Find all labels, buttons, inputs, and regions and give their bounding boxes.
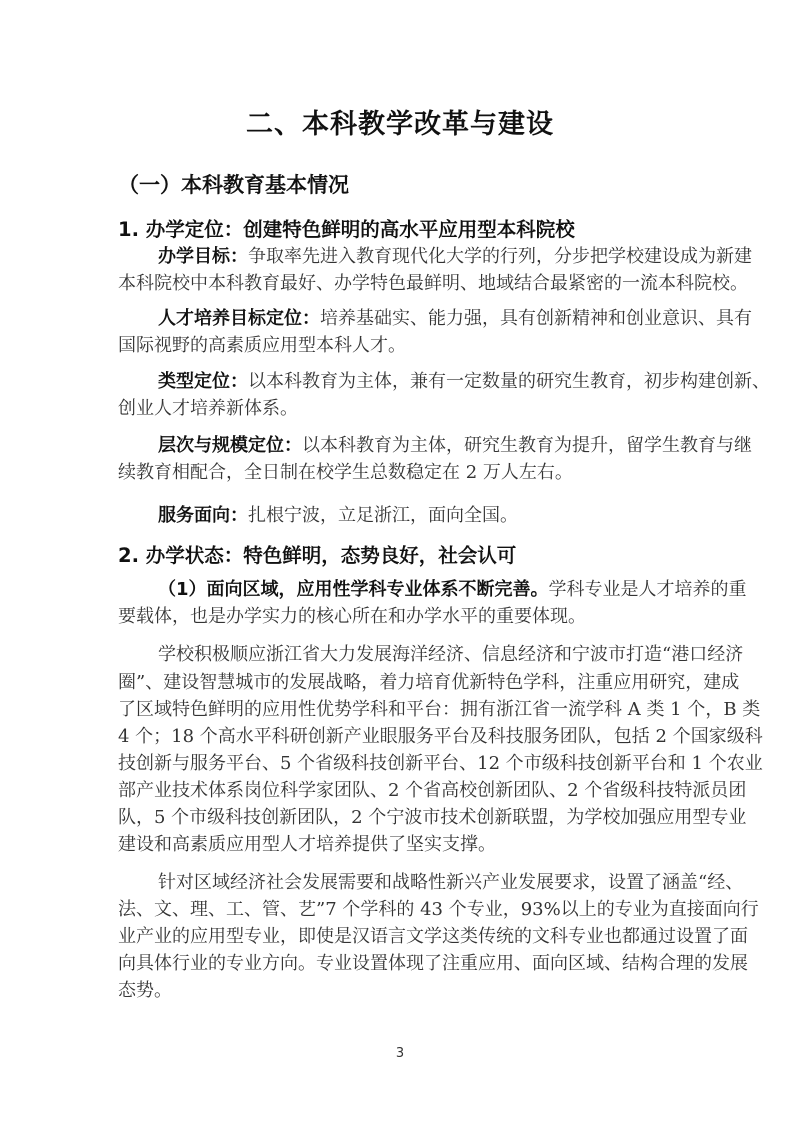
paragraph-line: 态势。 bbox=[118, 979, 684, 1003]
paragraph-lead: 办学目标： bbox=[158, 246, 248, 267]
paragraph-lead: 服务面向： bbox=[158, 505, 248, 526]
paragraph-line: 要载体，也是办学实力的核心所在和办学水平的重要体现。 bbox=[118, 605, 684, 629]
paragraph-line: 本科院校中本科教育最好、办学特色最鲜明、地域结合最紧密的一流本科院校。 bbox=[118, 272, 684, 296]
paragraph-line: 类型定位：以本科教育为主体，兼有一定数量的研究生教育，初步构建创新、 bbox=[158, 370, 684, 394]
paragraph-line: 国际视野的高素质应用型本科人才。 bbox=[118, 334, 684, 358]
paragraph-line: 建设和高素质应用型人才培养提供了坚实支撑。 bbox=[118, 833, 684, 857]
paragraph-lead: 人才培养目标定位： bbox=[158, 308, 320, 329]
paragraph-line: 法、文、理、工、管、艺”7 个学科的 43 个专业，93%以上的专业为直接面向行 bbox=[118, 898, 684, 922]
paragraph-line: 圈”、建设智慧城市的发展战略，着力培育优新特色学科，注重应用研究，建成 bbox=[118, 671, 684, 695]
paragraph-line: 4 个；18 个高水平科研创新产业眼服务平台及科技服务团队，包括 2 个国家级科 bbox=[118, 725, 684, 749]
section-heading: （一）本科教育基本情况 bbox=[118, 169, 349, 199]
paragraph-line: 层次与规模定位：以本科教育为主体，研究生教育为提升，留学生教育与继 bbox=[158, 434, 684, 458]
paragraph-line: 办学目标：争取率先进入教育现代化大学的行列，分步把学校建设成为新建 bbox=[158, 245, 684, 269]
page-number: 3 bbox=[0, 1046, 800, 1061]
paragraph-line: 学校积极顺应浙江省大力发展海洋经济、信息经济和宁波市打造“港口经济 bbox=[158, 643, 684, 667]
paragraph-line: 向具体行业的专业方向。专业设置体现了注重应用、面向区域、结构合理的发展 bbox=[118, 952, 684, 976]
paragraph-line: 续教育相配合，全日制在校学生总数稳定在 2 万人左右。 bbox=[118, 461, 684, 485]
paragraph-line: 创业人才培养新体系。 bbox=[118, 397, 684, 421]
paragraph-line: 技创新与服务平台、5 个省级科技创新平台、12 个市级科技创新平台和 1 个农业 bbox=[118, 752, 684, 776]
paragraph-line: 部产业技术体系岗位科学家团队、2 个省高校创新团队、2 个省级科技特派员团 bbox=[118, 779, 684, 803]
paragraph-line: 了区域特色鲜明的应用性优势学科和平台：拥有浙江省一流学科 A 类 1 个，B 类 bbox=[118, 698, 684, 722]
subsection-heading-2: 2. 办学状态：特色鲜明，态势良好，社会认可 bbox=[118, 540, 516, 568]
paragraph-line: 人才培养目标定位：培养基础实、能力强，具有创新精神和创业意识、具有 bbox=[158, 307, 684, 331]
document-page: 二、本科教学改革与建设 （一）本科教育基本情况 1. 办学定位：创建特色鲜明的高… bbox=[0, 0, 800, 1133]
paragraph-lead: （1）面向区域，应用性学科专业体系不断完善。 bbox=[158, 579, 549, 600]
paragraph-line: 队，5 个市级科技创新团队，2 个宁波市技术创新联盟，为学校加强应用型专业 bbox=[118, 806, 684, 830]
paragraph-lead: 类型定位： bbox=[158, 371, 248, 392]
paragraph-lead: 层次与规模定位： bbox=[158, 435, 302, 456]
subsection-heading-1: 1. 办学定位：创建特色鲜明的高水平应用型本科院校 bbox=[118, 214, 575, 242]
paragraph-line: 针对区域经济社会发展需要和战略性新兴产业发展要求，设置了涵盖“经、 bbox=[158, 871, 684, 895]
chapter-title: 二、本科教学改革与建设 bbox=[0, 102, 800, 141]
paragraph-line: 业产业的应用型专业，即使是汉语言文学这类传统的文科专业也都通过设置了面 bbox=[118, 925, 684, 949]
paragraph-line: 服务面向：扎根宁波，立足浙江，面向全国。 bbox=[158, 504, 684, 528]
paragraph-line: （1）面向区域，应用性学科专业体系不断完善。学科专业是人才培养的重 bbox=[158, 578, 684, 602]
